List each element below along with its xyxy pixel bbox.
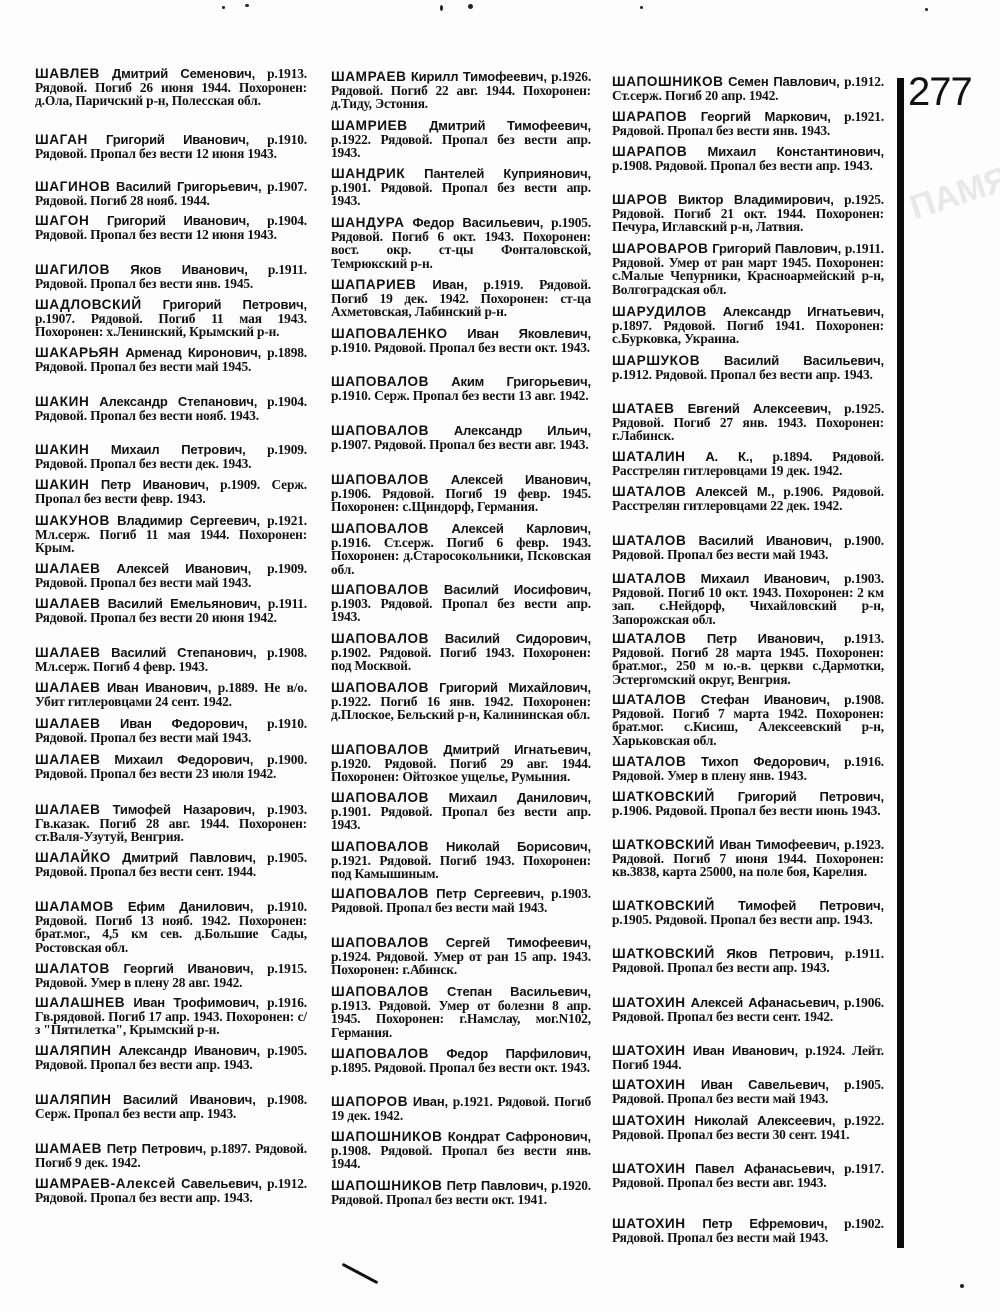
entry-text: р.1906. Рядовой. Пропал без вести июнь 1… [612,803,880,818]
scan-speck [960,1284,964,1288]
list-item: ШАПОВАЛЕНКО Иван Яковлевич, р.1910. Рядо… [331,327,591,354]
list-item: ШАПОВАЛОВ Василий Иосифович, р.1903. Ряд… [331,583,591,624]
scan-speck [222,6,225,9]
entry-text: р.1922. Погиб 16 янв. 1942. Похоронен: д… [331,694,591,723]
entry-text: р.1908. Рядовой. Пропал без вести янв. 1… [331,1143,591,1172]
entry-given-name: Иван, [413,1094,448,1109]
entry-text: р.1910. Рядовой. Пропал без вести окт. 1… [331,340,590,355]
list-item: ШАПАРИЕВ Иван, р.1919. Рядовой. Погиб 19… [331,278,591,319]
list-item: ШАЛАЕВ Иван Иванович, р.1889. Не в/о. Уб… [35,681,307,708]
list-item: ШАЛАЕВ Михаил Федорович, р.1900. Рядовой… [35,753,307,780]
entry-text: р.1908. Рядовой. Пропал без вести апр. 1… [612,158,873,173]
list-item: ШАГАН Григорий Иванович, р.1910. Рядовой… [35,133,307,160]
list-item: ШАТКОВСКИЙ Иван Тимофеевич, р.1923. Рядо… [612,838,884,879]
scan-mark [342,1263,379,1284]
list-item: ШАТАЛОВ Алексей М., р.1906. Рядовой. Рас… [612,485,884,512]
list-item: ШАПОШНИКОВ Кондрат Сафронович, р.1908. Р… [331,1130,591,1171]
list-item: ШАТАЛОВ Тихоп Федорович, р.1916. Рядовой… [612,755,884,782]
scan-speck [640,6,643,9]
list-item: ШАТАЛОВ Михаил Иванович, р.1903. Рядовой… [612,572,884,626]
list-item: ШАНДУРА Федор Васильевич, р.1905. Рядово… [331,216,591,270]
entry-text: р.1921. Рядовой. Погиб 1943. Похоронен: … [331,853,591,882]
entry-text: р.1906. Рядовой. Погиб 19 февр. 1945. По… [331,486,591,515]
list-item: ШАПОШНИКОВ Петр Павлович, р.1920. Рядово… [331,1179,591,1206]
entry-text: р.1895. Рядовой. Пропал без вести окт. 1… [331,1060,590,1075]
list-item: ШАТОХИН Петр Ефремович, р.1902. Рядовой.… [612,1217,884,1244]
list-item: ШАПОРОВ Иван, р.1921. Рядовой. Погиб 19 … [331,1095,591,1122]
list-item: ШАКИН Михаил Петрович, р.1909. Рядовой. … [35,443,307,470]
list-item: ШАПОВАЛОВ Алексей Иванович, р.1906. Рядо… [331,473,591,514]
list-item: ШАЛАЙКО Дмитрий Павлович, р.1905. Рядово… [35,851,307,878]
list-item: ШАДЛОВСКИЙ Григорий Петрович, р.1907. Ря… [35,298,307,339]
list-item: ШАМРИЕВ Дмитрий Тимофеевич, р.1922. Рядо… [331,119,591,160]
entry-text: р.1920. Рядовой. Погиб 29 авг. 1944. Пох… [331,756,591,785]
watermark: ПАМЯТЬ НАРОДА [905,161,1000,324]
list-item: ШАЛАЕВ Тимофей Назарович, р.1903. Гв.каз… [35,803,307,844]
page-edge-rule [897,78,904,1248]
list-item: ШАЛАЕВ Василий Степанович, р.1908. Мл.се… [35,646,307,673]
list-item: ШАТКОВСКИЙ Григорий Петрович, р.1906. Ря… [612,790,884,817]
list-item: ШАПОВАЛОВ Дмитрий Игнатьевич, р.1920. Ря… [331,743,591,784]
list-item: ШАТКОВСКИЙ Тимофей Петрович, р.1905. Ряд… [612,899,884,926]
list-item: ШАПОВАЛОВ Алексей Карлович, р.1916. Ст.с… [331,522,591,576]
list-item: ШАКИН Александр Степанович, р.1904. Рядо… [35,395,307,422]
list-item: ШАЛЯПИН Василий Иванович, р.1908. Серж. … [35,1093,307,1120]
list-item: ШАПОВАЛОВ Аким Григорьевич, р.1910. Серж… [331,375,591,402]
list-item: ШАРАПОВ Георгий Маркович, р.1921. Рядово… [612,110,884,137]
entry-text: р.1901. Рядовой. Пропал без вести апр. 1… [331,804,591,833]
scan-speck [468,4,473,9]
entry-text: р.1922. Рядовой. Пропал без вести апр. 1… [331,132,591,161]
list-item: ШАТОХИН Алексей Афанасьевич, р.1906. Ряд… [612,996,884,1023]
list-item: ШАПОВАЛОВ Николай Борисович, р.1921. Ряд… [331,840,591,881]
list-item: ШАРОВ Виктор Владимирович, р.1925. Рядов… [612,193,884,234]
list-item: ШАТАЛОВ Стефан Иванович, р.1908. Рядовой… [612,693,884,747]
list-item: ШАРШУКОВ Василий Васильевич, р.1912. Ряд… [612,354,884,381]
entry-text: р.1902. Рядовой. Погиб 1943. Похоронен: … [331,645,591,674]
list-item: ШАПОШНИКОВ Семен Павлович, р.1912. Ст.се… [612,75,884,102]
list-item: ШАМАЕВ Петр Петрович, р.1897. Рядовой. П… [35,1142,307,1169]
list-item: ШАРАПОВ Михаил Константинович, р.1908. Р… [612,145,884,172]
list-item: ШАТОХИН Иван Савельевич, р.1905. Рядовой… [612,1078,884,1105]
list-item: ШАПОВАЛОВ Григорий Михайлович, р.1922. П… [331,681,591,722]
list-item: ШАТОХИН Николай Алексеевич, р.1922. Рядо… [612,1114,884,1141]
entry-text: р.1924. Рядовой. Умер от ран 15 апр. 194… [331,949,591,978]
list-item: ШАПОВАЛОВ Александр Ильич, р.1907. Рядов… [331,424,591,451]
list-item: ШАТОХИН Павел Афанасьевич, р.1917. Рядов… [612,1162,884,1189]
list-item: ШАКАРЬЯН Арменад Киронович, р.1898. Рядо… [35,346,307,373]
entry-given-name: Иван Иванович, [693,1043,798,1058]
list-item: ШАМРАЕВ-Алексей Савельевич, р.1912. Рядо… [35,1177,307,1204]
entry-text: р.1912. Рядовой. Пропал без вести апр. 1… [612,367,873,382]
entry-text: р.1913. Рядовой. Умер от болезни 8 апр. … [331,998,591,1040]
list-item: ШАПОВАЛОВ Федор Парфилович, р.1895. Рядо… [331,1047,591,1074]
entry-text: р.1901. Рядовой. Пропал без вести апр. 1… [331,180,591,209]
list-item: ШАЛАТОВ Георгий Иванович, р.1915. Рядово… [35,962,307,989]
list-item: ШАТАЛОВ Петр Иванович, р.1913. Рядовой. … [612,632,884,686]
entry-text: р.1916. Ст.серж. Погиб 6 февр. 1943. Пох… [331,535,591,577]
list-item: ШАЛЯПИН Александр Иванович, р.1905. Рядо… [35,1044,307,1071]
memorial-book-page: ПАМЯТЬ НАРОДА 277 ШАВЛЕВ Дмитрий Семенов… [0,0,1000,1312]
list-item: ШАРОВАРОВ Григорий Павлович, р.1911. Ряд… [612,242,884,296]
entry-text: р.1905. Рядовой. Пропал без вести апр. 1… [612,912,873,927]
list-item: ШАТКОВСКИЙ Яков Петрович, р.1911. Рядово… [612,947,884,974]
list-item: ШАГОН Григорий Иванович, р.1904. Рядовой… [35,214,307,241]
list-item: ШАЛАЕВ Иван Федорович, р.1910. Рядовой. … [35,717,307,744]
list-item: ШАПОВАЛОВ Михаил Данилович, р.1901. Рядо… [331,791,591,832]
list-item: ШАЛАЕВ Алексей Иванович, р.1909. Рядовой… [35,562,307,589]
list-item: ШАМРАЕВ Кирилл Тимофеевич, р.1926. Рядов… [331,70,591,111]
list-item: ШАТАЛИН А. К., р.1894. Рядовой. Расстрел… [612,450,884,477]
list-item: ШАКИН Петр Иванович, р.1909. Серж. Пропа… [35,478,307,505]
entry-text: р.1897. Рядовой. Погиб 1941. Похоронен: … [612,318,884,347]
list-item: ШАТОХИН Иван Иванович, р.1924. Лейт. Пог… [612,1044,884,1071]
list-item: ШАНДРИК Пантелей Куприянович, р.1901. Ря… [331,167,591,208]
list-item: ШАПОВАЛОВ Василий Сидорович, р.1902. Ряд… [331,632,591,673]
list-item: ШАТАЛОВ Василий Иванович, р.1900. Рядово… [612,534,884,561]
scan-speck [925,8,928,11]
page-number: 277 [908,70,972,114]
scan-speck [440,5,443,11]
list-item: ШАЛАМОВ Ефим Данилович, р.1910. Рядовой.… [35,900,307,954]
list-item: ШАЛАЕВ Василий Емельянович, р.1911. Рядо… [35,597,307,624]
list-item: ШАПОВАЛОВ Сергей Тимофеевич, р.1924. Ряд… [331,936,591,977]
list-item: ШАЛАШНЕВ Иван Трофимович, р.1916. Гв.ряд… [35,996,307,1037]
entry-text: р.1907. Рядовой. Погиб 11 мая 1943. Похо… [35,311,307,340]
entry-text: р.1903. Рядовой. Пропал без вести апр. 1… [331,596,591,625]
list-item: ШАРУДИЛОВ Александр Игнатьевич, р.1897. … [612,305,884,346]
list-item: ШАТАЕВ Евгений Алексеевич, р.1925. Рядов… [612,402,884,443]
list-item: ШАКУНОВ Владимир Сергеевич, р.1921. Мл.с… [35,514,307,555]
list-item: ШАПОВАЛОВ Петр Сергеевич, р.1903. Рядово… [331,887,591,914]
list-item: ШАГИНОВ Василий Григорьевич, р.1907. Ряд… [35,180,307,207]
list-item: ШАГИЛОВ Яков Иванович, р.1911. Рядовой. … [35,263,307,290]
entry-text: р.1907. Рядовой. Пропал без вести авг. 1… [331,437,589,452]
list-item: ШАВЛЕВ Дмитрий Семенович, р.1913. Рядово… [35,67,307,108]
scan-speck [245,4,249,7]
list-item: ШАПОВАЛОВ Степан Васильевич, р.1913. Ряд… [331,985,591,1039]
entry-text: р.1910. Серж. Пропал без вести 13 авг. 1… [331,388,588,403]
